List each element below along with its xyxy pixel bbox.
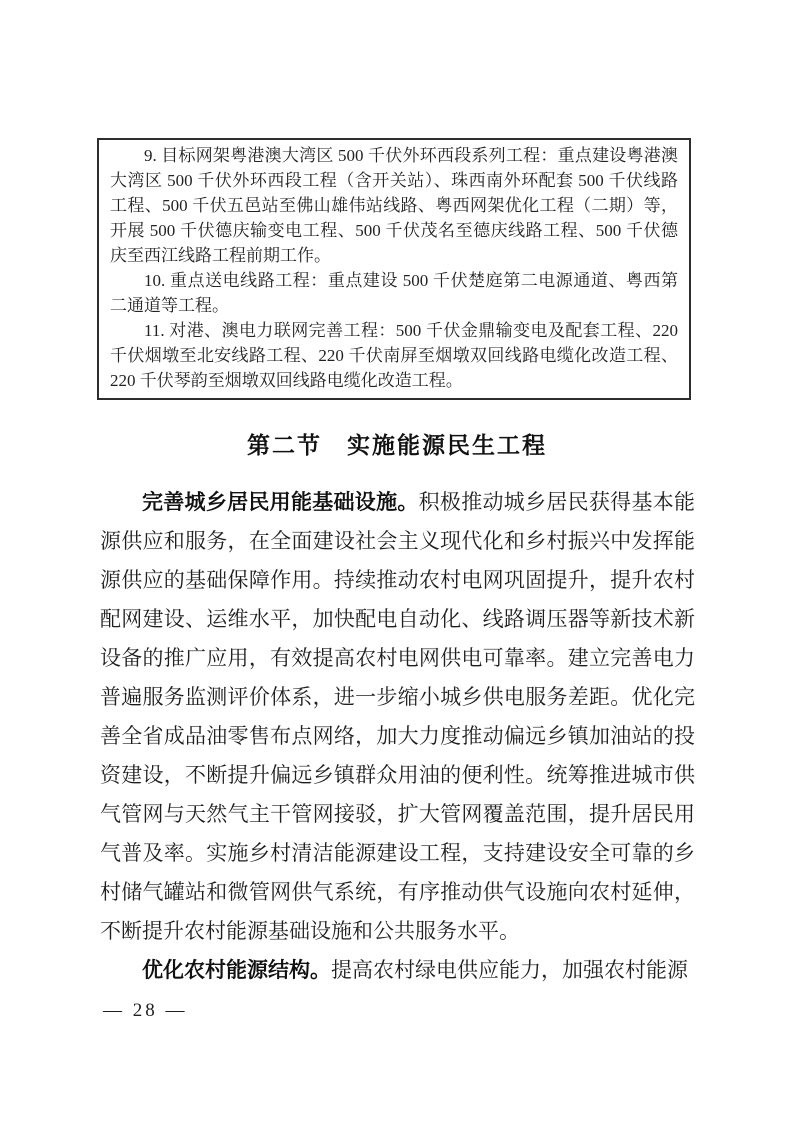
page-number: — 28 — [103,1000,188,1022]
section-heading: 第二节 实施能源民生工程 [0,427,794,460]
paragraph-1: 完善城乡居民用能基础设施。积极推动城乡居民获得基本能源供应和服务，在全面建设社会… [100,483,695,951]
box-item-9: 9. 目标网架粤港澳大湾区 500 千伏外环西段系列工程：重点建设粤港澳大湾区 … [110,143,678,268]
box-item-10: 10. 重点送电线路工程：重点建设 500 千伏楚庭第二电源通道、粤西第二通道等… [110,268,678,318]
body-text: 完善城乡居民用能基础设施。积极推动城乡居民获得基本能源供应和服务，在全面建设社会… [100,483,695,990]
document-page: 9. 目标网架粤港澳大湾区 500 千伏外环西段系列工程：重点建设粤港澳大湾区 … [0,0,794,1123]
paragraph-2: 优化农村能源结构。提高农村绿电供应能力，加强农村能源 [100,951,695,990]
key-projects-box: 9. 目标网架粤港澳大湾区 500 千伏外环西段系列工程：重点建设粤港澳大湾区 … [97,138,691,400]
paragraph-2-lead: 优化农村能源结构。 [142,958,331,982]
paragraph-1-body: 积极推动城乡居民获得基本能源供应和服务，在全面建设社会主义现代化和乡村振兴中发挥… [100,490,695,943]
box-item-11: 11. 对港、澳电力联网完善工程：500 千伏金鼎输变电及配套工程、220 千伏… [110,318,678,393]
paragraph-1-lead: 完善城乡居民用能基础设施。 [142,490,419,514]
paragraph-2-body: 提高农村绿电供应能力，加强农村能源 [331,958,688,982]
